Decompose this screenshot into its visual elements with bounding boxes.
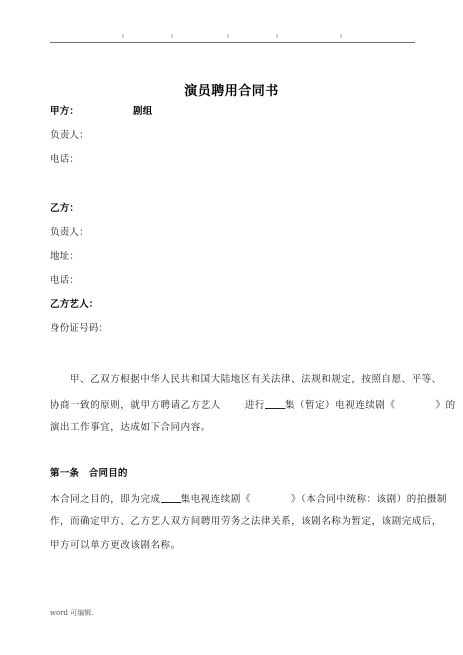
article-1-line-1c: 》（本合同中统称：该剧）的拍摄制 [291,494,447,505]
header-mark [122,34,124,38]
header-mark [276,34,278,38]
intro-line-2: 协商一致的原则，就甲方聘请乙方艺人进行集（暂定）电视连续剧《》的 [50,398,456,412]
article-1-line-1: 本合同之目的，即为完成集电视连续剧《》（本合同中统称：该剧）的拍摄制 [50,492,447,506]
party-a-org: 剧组 [133,106,152,118]
intro-line-3: 演出工作事宜，达成如下合同内容。 [50,422,211,434]
intro-line-2b: 进行 [245,400,265,411]
party-a-phone-label: 电话： [50,154,79,166]
episode-count-blank [265,398,285,409]
party-a-row: 甲方： [50,106,79,118]
intro-line-2d: 》的 [436,400,456,411]
intro-line-1: 甲、乙双方根据中华人民共和国大陆地区有关法律、法规和规定，按照自愿、平等、 [70,374,442,386]
document-title: 演员聘用合同书 [0,80,463,99]
article-1-line-3: 甲方可以单方更改该剧名称。 [50,540,181,552]
header-mark [340,34,342,38]
article-1-line-2: 作，而确定甲方、乙方艺人双方间聘用劳务之法律关系，该剧名称为暂定，该剧完成后， [50,516,442,528]
party-b-address-label: 地址： [50,251,79,263]
intro-line-2a: 协商一致的原则，就甲方聘请乙方艺人 [50,400,221,411]
header-tab-marks [0,34,463,42]
party-b-responsible-label: 负责人： [50,227,89,239]
article-1-line-1a: 本合同之目的，即为完成 [50,494,161,505]
intro-line-2c: 集（暂定）电视连续剧《 [285,400,396,411]
article-1-heading: 第一条 合同目的 [50,468,128,480]
artist-label: 乙方艺人： [50,299,99,311]
party-a-label: 甲方： [50,106,79,117]
party-b-phone-label: 电话： [50,275,79,287]
episode-count-blank [161,492,181,503]
party-a-responsible-label: 负责人： [50,130,89,142]
party-b-label: 乙方： [50,203,79,215]
footer-note: word 可编辑. [50,608,93,618]
header-mark [227,34,229,38]
header-rule [50,42,415,43]
header-mark [171,34,173,38]
article-1-line-1b: 集电视连续剧《 [181,494,251,505]
artist-id-label: 身份证号码： [50,323,108,335]
